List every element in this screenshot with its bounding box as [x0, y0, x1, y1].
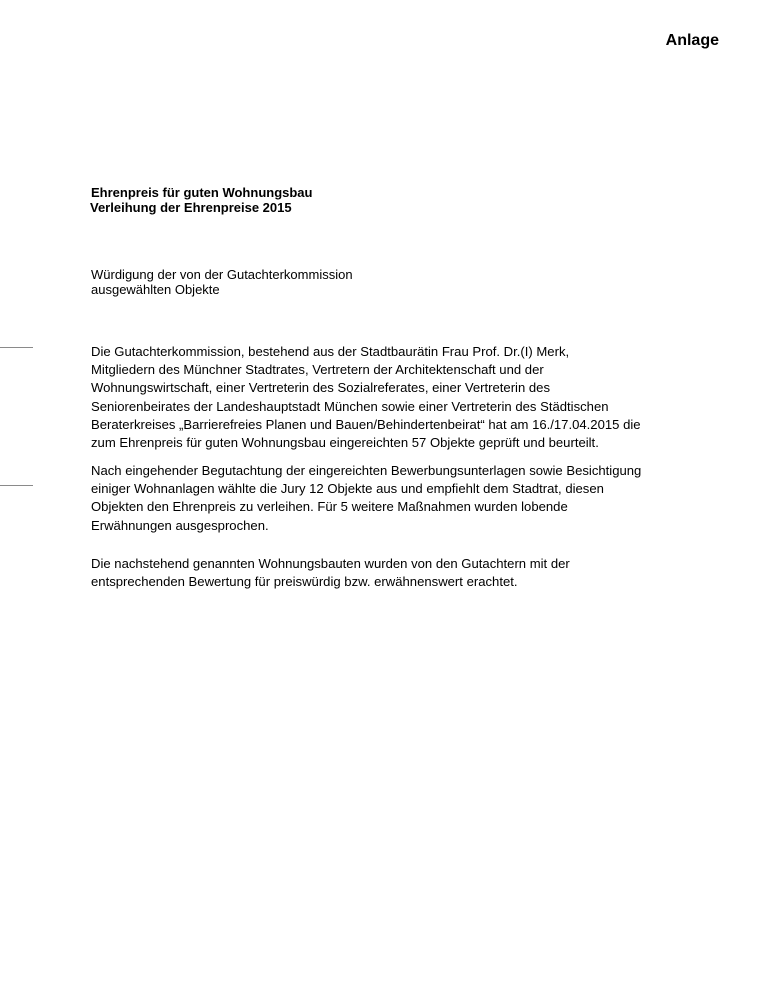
paragraph-line: Wohnungswirtschaft, einer Vertreterin de…: [91, 379, 711, 397]
paragraph-line: Seniorenbeirates der Landeshauptstadt Mü…: [91, 398, 711, 416]
paragraph-line: Erwähnungen ausgesprochen.: [91, 517, 711, 535]
paragraph-commission: Die Gutachterkommission, bestehend aus d…: [91, 343, 711, 462]
paragraph-line: Die Gutachterkommission, bestehend aus d…: [91, 343, 711, 361]
attachment-label: Anlage: [666, 31, 719, 51]
title-line-1: Ehrenpreis für guten Wohnungsbau: [91, 185, 312, 200]
document-title: Ehrenpreis für guten Wohnungsbau Verleih…: [91, 185, 312, 215]
paragraph-line: einiger Wohnanlagen wählte die Jury 12 O…: [91, 480, 711, 498]
paragraph-line: entsprechenden Bewertung für preiswürdig…: [91, 573, 711, 591]
paragraph-line: Mitgliedern des Münchner Stadtrates, Ver…: [91, 361, 711, 379]
paragraph-line: zum Ehrenpreis für guten Wohnungsbau ein…: [91, 434, 711, 452]
punch-mark: [0, 485, 33, 486]
fold-mark-top: [0, 347, 33, 348]
paragraph-line: Die nachstehend genannten Wohnungsbauten…: [91, 555, 711, 573]
paragraph-line: Beraterkreises „Barrierefreies Planen un…: [91, 416, 711, 434]
subtitle-line-1: Würdigung der von der Gutachterkommissio…: [91, 267, 353, 282]
paragraph-line: Objekten den Ehrenpreis zu verleihen. Fü…: [91, 498, 711, 516]
paragraph-line: Nach eingehender Begutachtung der einger…: [91, 462, 711, 480]
subtitle-line-2: ausgewählten Objekte: [91, 282, 353, 297]
paragraph-conclusion: Die nachstehend genannten Wohnungsbauten…: [91, 555, 711, 601]
document-subtitle: Würdigung der von der Gutachterkommissio…: [91, 267, 353, 297]
paragraph-jury-selection: Nach eingehender Begutachtung der einger…: [91, 462, 711, 545]
title-line-2: Verleihung der Ehrenpreise 2015: [90, 200, 312, 215]
